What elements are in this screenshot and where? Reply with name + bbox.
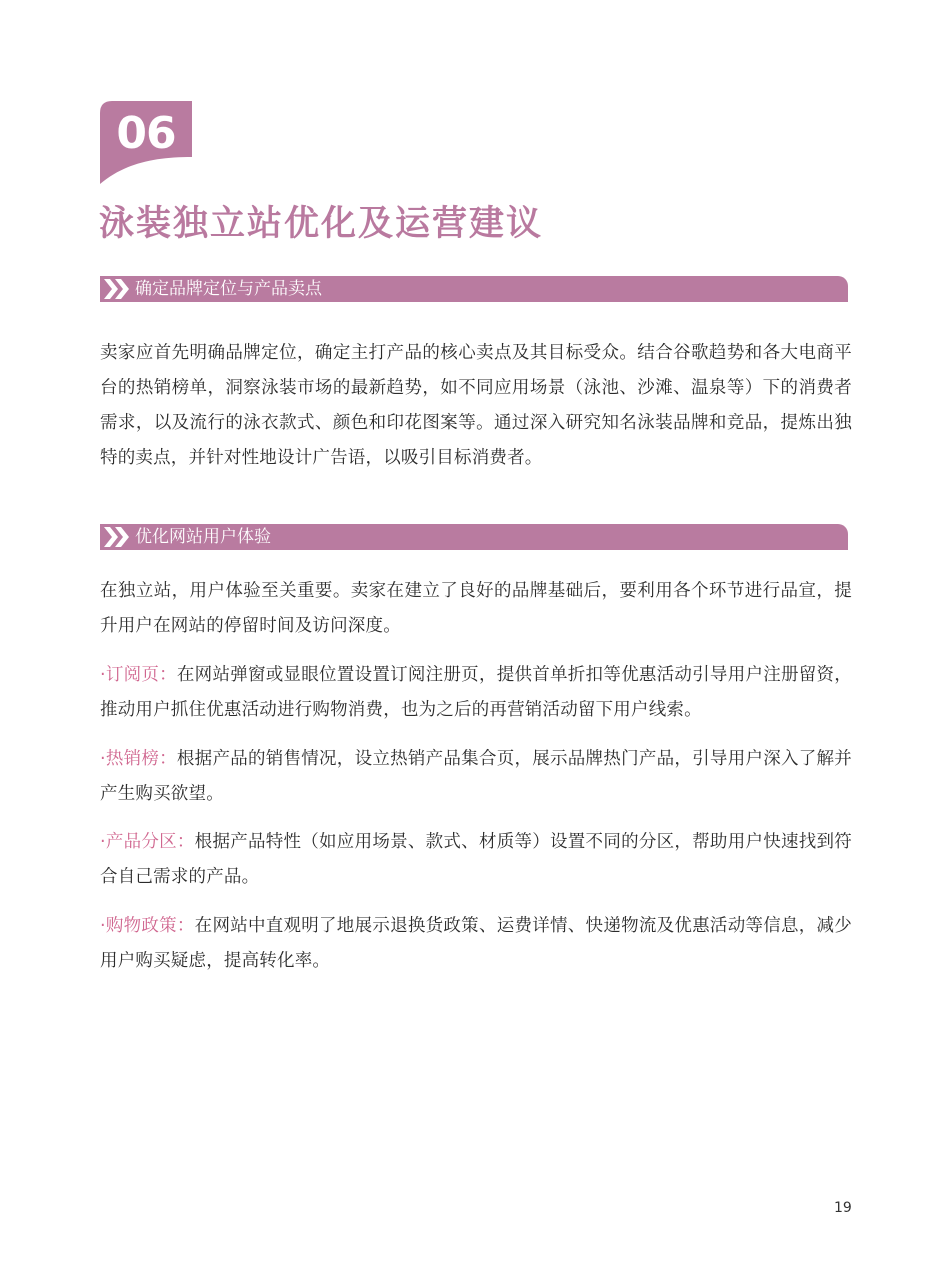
bullet-label: ·热销榜： (100, 749, 177, 769)
bullet-item-shopping-policy: ·购物政策：在网站中直观明了地展示退换货政策、运费详情、快递物流及优惠活动等信息… (100, 909, 852, 979)
chapter-badge: 06 (100, 101, 192, 184)
section-header-brand-positioning: 确定品牌定位与产品卖点 (100, 276, 848, 302)
bullet-item-product-zones: ·产品分区：根据产品特性（如应用场景、款式、材质等）设置不同的分区，帮助用户快速… (100, 825, 852, 895)
double-chevron-right-icon (103, 527, 131, 547)
bullet-text: 在网站弹窗或显眼位置设置订阅注册页，提供首单折扣等优惠活动引导用户注册留资，推动… (100, 665, 852, 720)
bullet-text: 在网站中直观明了地展示退换货政策、运费详情、快递物流及优惠活动等信息，减少用户购… (100, 916, 852, 971)
bullet-item-bestsellers: ·热销榜：根据产品的销售情况，设立热销产品集合页，展示品牌热门产品，引导用户深入… (100, 742, 852, 812)
bullet-item-subscription: ·订阅页：在网站弹窗或显眼位置设置订阅注册页，提供首单折扣等优惠活动引导用户注册… (100, 658, 852, 728)
bullet-label: ·购物政策： (100, 916, 195, 936)
bullet-label: ·产品分区： (100, 832, 195, 852)
section-intro: 在独立站，用户体验至关重要。卖家在建立了良好的品牌基础后，要利用各个环节进行品宣… (100, 574, 852, 644)
bullet-text: 根据产品的销售情况，设立热销产品集合页，展示品牌热门产品，引导用户深入了解并产生… (100, 749, 852, 804)
bullet-text: 根据产品特性（如应用场景、款式、材质等）设置不同的分区，帮助用户快速找到符合自己… (100, 832, 852, 887)
section-title: 优化网站用户体验 (135, 524, 271, 550)
chapter-number: 06 (100, 109, 192, 159)
page-number: 19 (834, 1200, 852, 1216)
section-paragraph: 卖家应首先明确品牌定位，确定主打产品的核心卖点及其目标受众。结合谷歌趋势和各大电… (100, 336, 852, 476)
section-header-user-experience: 优化网站用户体验 (100, 524, 848, 550)
double-chevron-right-icon (103, 279, 131, 299)
page-title: 泳装独立站优化及运营建议 (99, 201, 543, 247)
section-title: 确定品牌定位与产品卖点 (135, 276, 322, 302)
bullet-label: ·订阅页： (100, 665, 177, 685)
